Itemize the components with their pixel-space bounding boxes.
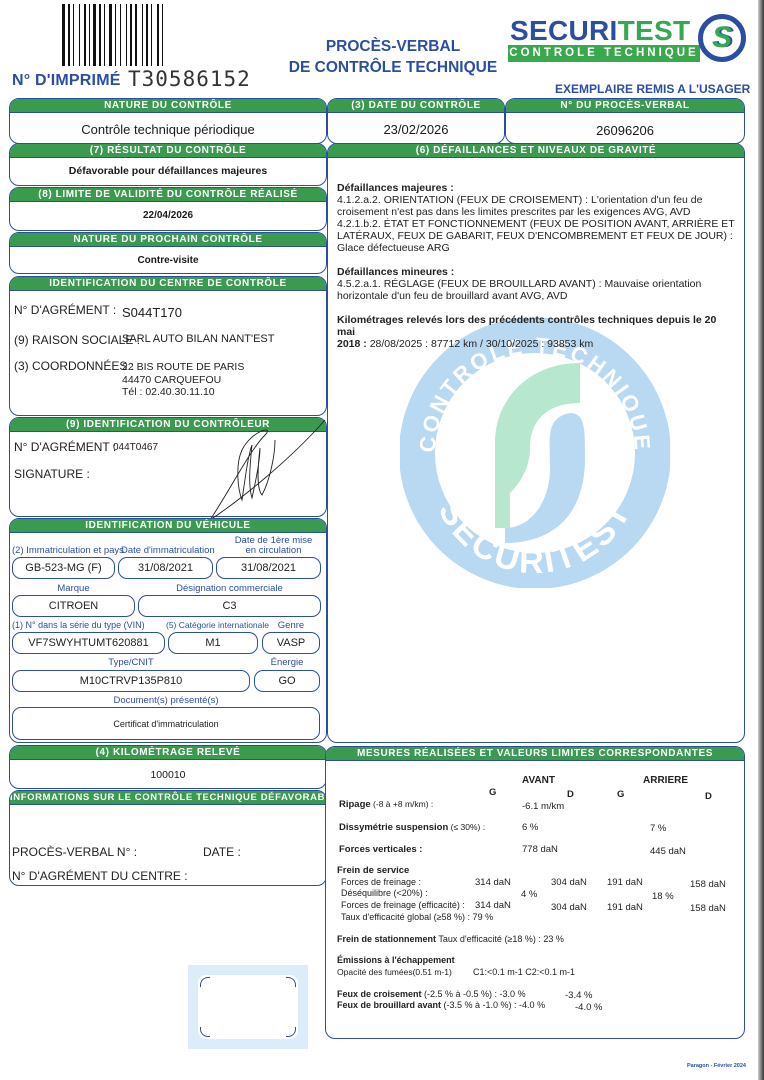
kilometrages-history: Kilométrages relevés lors des précédents… [337,314,737,350]
centre-section: IDENTIFICATION DU CENTRE DE CONTRÔLE N° … [9,276,327,416]
section-header: NATURE DU PROCHAIN CONTRÔLE [10,233,326,247]
forces-verticales-avant: 778 daN [522,844,558,855]
defect-line: 4.1.2.a.2. ORIENTATION (FEUX DE CROISEME… [337,194,737,206]
defect-line: Glace défectueuse ARG [337,242,737,254]
designation-field: C3 [138,595,321,617]
defavorable-info-section: INFORMATIONS SUR LE CONTRÔLE TECHNIQUE D… [9,790,327,886]
date-controle-section: (3) DATE DU CONTRÔLE 23/02/2026 [327,98,505,144]
ripage-row: Ripage (-8 à +8 m/km) : [339,799,433,810]
defect-line: croisement n'est pas dans les limites pr… [337,206,737,218]
mineures-title: Défaillances mineures : [337,266,737,278]
documents-field: Certificat d'immatriculation [12,707,320,740]
emissions-title: Émissions à l'échappement [337,955,455,965]
signature-label: SIGNATURE : [14,467,90,481]
stamp-area [188,965,308,1049]
feux-croisement-row: Feux de croisement (-2.5 % à -0.5 %) : -… [337,989,526,999]
forces-freinage-arg: 191 daN [607,877,643,888]
brand-s-logo-icon: S [698,14,746,62]
coordonnees-label: (3) COORDONNÉES : [14,359,134,373]
frein-service-title: Frein de service [337,865,409,876]
arriere-header: ARRIERE [643,775,688,786]
signature-scribble [190,410,330,530]
immat-field: GB-523-MG (F) [12,557,115,579]
limite-validite-value: 22/04/2026 [10,202,326,221]
barcode [62,4,197,66]
genre-field: VASP [262,632,320,654]
controleur-agrement-label: N° D'AGRÉMENT : [14,440,116,454]
categorie-field: M1 [168,632,258,654]
defect-line: LATÉRAUX, FEUX DE GABARIT, FEUX D'ENCOMB… [337,230,737,242]
marque-field: CITROEN [12,595,135,617]
resultat-value: Défavorable pour défaillances majeures [10,158,326,177]
defect-line: 4.2.1.b.2. ÉTAT ET FONCTIONNEMENT (FEUX … [337,218,737,230]
brand-logo: SECURITEST CONTROLE TECHNIQUE S [508,14,748,66]
desequilibre-arriere: 18 % [652,891,674,902]
nature-controle-section: NATURE DU CONTRÔLE Contrôle technique pé… [9,98,327,144]
taux-efficacite-global: Taux d'efficacité global (≥58 %) : 79 % [341,912,493,922]
page-edge [758,0,764,1080]
numero-pv-section: N° DU PROCÈS-VERBAL 26096206 [505,98,745,144]
immat-label: (2) Immatriculation et pays [12,545,124,556]
designation-label: Désignation commerciale [138,583,321,594]
brand-name: SECURITEST [510,16,690,46]
forces-freinage-ard: 158 daN [690,879,726,890]
date-mec-label: Date de 1ère mise en circulation [226,536,321,556]
cnit-field: M10CTRVP135P810 [12,670,250,692]
controleur-agrement-value: 044T0467 [113,442,158,453]
date-mec-field: 31/08/2021 [216,557,321,579]
section-header: NATURE DU CONTRÔLE [10,99,326,113]
pv-label: PROCÈS-VERBAL N° : [12,845,137,859]
section-header: IDENTIFICATION DU CENTRE DE CONTRÔLE [10,277,326,291]
majeures-list: 4.1.2.a.2. ORIENTATION (FEUX DE CROISEME… [337,194,737,254]
kilometrage-value: 100010 [10,760,326,781]
section-header: IDENTIFICATION DU VÉHICULE [10,519,326,533]
coordonnees-value: 22 BIS ROUTE DE PARIS 44470 CARQUEFOU Té… [122,361,244,399]
forces-freinage-label: Forces de freinage : [341,877,421,887]
defect-line: 4.5.2.a.1. RÉGLAGE (FEUX DE BROUILLARD A… [337,278,737,290]
title-line-2: DE CONTRÔLE TECHNIQUE [283,57,503,78]
centre-agrement-value: S044T170 [122,305,182,320]
frein-stationnement-row: Frein de stationnement Taux d'efficacité… [337,934,564,944]
date-immat-field: 31/08/2021 [118,557,213,579]
forces-freinage-avd: 304 daN [551,877,587,888]
feux-croisement-d: -3.4 % [565,990,592,1001]
dissymetrie-row: Dissymétrie suspension (≤ 30%) : [339,822,485,833]
document-title: PROCÈS-VERBAL DE CONTRÔLE TECHNIQUE [283,36,503,78]
mineures-list: 4.5.2.a.1. RÉGLAGE (FEUX DE BROUILLARD A… [337,278,737,302]
opacite-values: C1:<0.1 m-1 C2:<0.1 m-1 [473,967,575,977]
limite-validite-section: (8) LIMITE DE VALIDITÉ DU CONTRÔLE RÉALI… [9,187,327,231]
date-controle-value: 23/02/2026 [328,113,504,137]
forces-verticales-label: Forces verticales : [339,844,422,855]
agrement-centre-label: N° D'AGRÉMENT DU CENTRE : [12,869,188,883]
defaillances-content: Défaillances majeures : 4.1.2.a.2. ORIEN… [337,182,737,350]
brand-subtitle: CONTROLE TECHNIQUE [508,45,700,62]
opacite-label: Opacité des fumées(0.51 m-1) [337,967,452,977]
section-header: (3) DATE DU CONTRÔLE [328,99,504,113]
exemplaire-label: EXEMPLAIRE REMIS A L'USAGER [555,82,750,96]
vin-field: VF7SWYHTUMT620881 [12,632,165,654]
arriere-g-header: G [617,789,624,800]
forces-freinage-avg: 314 daN [475,877,511,888]
centre-agrement-label: N° D'AGRÉMENT : [14,303,116,317]
section-header: (4) KILOMÉTRAGE RELEVÉ [10,746,326,760]
marque-label: Marque [12,583,135,594]
numero-pv-value: 26096206 [506,113,744,138]
kilometrage-section: (4) KILOMÉTRAGE RELEVÉ 100010 [9,745,327,789]
desequilibre-label: Déséquilibre (<20%) : [341,888,428,898]
avant-d-header: D [567,789,574,800]
documents-label: Document(s) présenté(s) [12,695,320,706]
title-line-1: PROCÈS-VERBAL [283,36,503,57]
dissymetrie-arriere: 7 % [650,823,666,834]
stamp-frame [198,975,298,1039]
energie-label: Énergie [254,657,320,668]
feux-brouillard-row: Feux de brouillard avant (-3.5 % à -1.0 … [337,1000,545,1010]
categorie-label: (5) Catégorie internationale [166,620,269,630]
section-header: (6) DÉFAILLANCES ET NIVEAUX DE GRAVITÉ [328,144,744,158]
imprime-number: T30586152 [128,67,251,91]
date-immat-label: Date d'immatriculation [121,545,215,556]
desequilibre-avant: 4 % [521,889,537,900]
majeures-title: Défaillances majeures : [337,182,737,194]
raison-sociale-value: SARL AUTO BILAN NANT'EST [122,333,274,345]
defect-line: horizontale d'un feu de brouillard avant… [337,290,737,302]
forces-efficacite-arg: 191 daN [607,902,643,913]
prochain-controle-value: Contre-visite [10,247,326,266]
energie-field: GO [254,670,320,692]
vin-label: (1) N° dans la série du type (VIN) [12,620,145,630]
forces-efficacite-avd: 304 daN [551,902,587,913]
imprime-label: N° D'IMPRIMÉ [12,72,121,90]
forces-verticales-arriere: 445 daN [650,846,686,857]
cnit-label: Type/CNIT [12,657,250,668]
resultat-section: (7) RÉSULTAT DU CONTRÔLE Défavorable pou… [9,143,327,186]
forces-efficacite-ard: 158 daN [690,903,726,914]
section-header: INFORMATIONS SUR LE CONTRÔLE TECHNIQUE D… [10,791,326,805]
footer-note: Paragon - Février 2024 [687,1063,746,1069]
section-header: (8) LIMITE DE VALIDITÉ DU CONTRÔLE RÉALI… [10,188,326,202]
dissymetrie-avant: 6 % [522,822,538,833]
feux-brouillard-d: -4.0 % [575,1002,602,1013]
genre-label: Genre [262,620,320,631]
avant-header: AVANT [522,775,555,786]
section-header: N° DU PROCÈS-VERBAL [506,99,744,113]
date-label: DATE : [203,845,241,859]
nature-controle-value: Contrôle technique périodique [10,113,326,137]
prochain-controle-section: NATURE DU PROCHAIN CONTRÔLE Contre-visit… [9,232,327,274]
section-header: (7) RÉSULTAT DU CONTRÔLE [10,144,326,158]
forces-efficacite-avg: 314 daN [475,900,511,911]
arriere-d-header: D [705,791,712,802]
ripage-value: -6.1 m/km [522,801,564,812]
section-header: MESURES RÉALISÉES ET VALEURS LIMITES COR… [326,747,744,761]
avant-g-header: G [489,787,496,798]
forces-efficacite-label: Forces de freinage (efficacité) : [341,900,465,910]
